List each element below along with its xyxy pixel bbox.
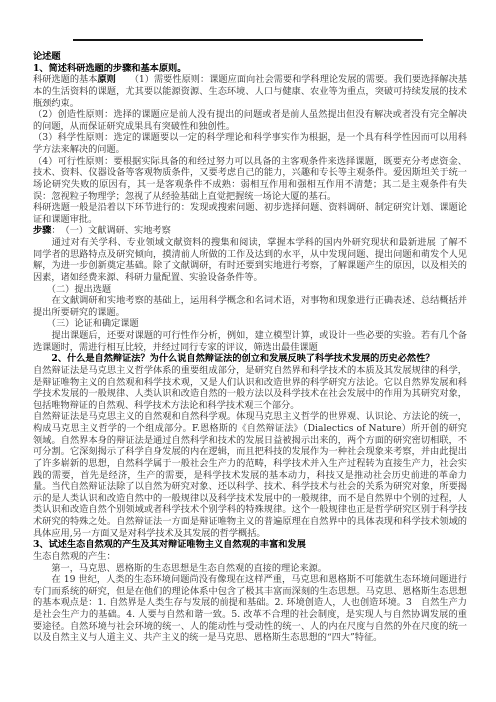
paragraph: 通过对有关学科、专业领域文献资料的搜集和阅读，掌握本学科的国内外研究现状和最新进… bbox=[33, 237, 467, 284]
text-run: 3、试述生态自然观的产生及其对辩证唯物主义自然观的丰富和发展 bbox=[33, 539, 306, 550]
text-run: 生态自然观的产生： bbox=[33, 551, 116, 562]
paragraph: （二）提出选题 bbox=[33, 284, 467, 296]
text-run: ： （一）文献调研、实地考察 bbox=[51, 225, 170, 236]
text-run: 步骤 bbox=[33, 225, 51, 236]
paragraph: 自然辩证法是马克思主义哲学体系的重要组成部分，是研究自然界和科学技术的本质及其发… bbox=[33, 365, 467, 412]
paragraph: （3）科学性原则：选定的课题要以一定的科学理论和科学事实作为根据，是一个具有科学… bbox=[33, 132, 467, 155]
paragraph: 自然辩证法是马克思主义的自然观和自然科学观。体现马克思主义哲学的世界观、认识论、… bbox=[33, 411, 467, 539]
text-run: 原则 bbox=[97, 74, 115, 85]
text-run: 通过对有关学科、专业领域文献资料的搜集和阅读，掌握本学科的国内外研究现状和最新进… bbox=[33, 237, 467, 283]
text-run: 第一，马克思、恩格斯的生态思想是生态自然观的直接的理论来源。 bbox=[33, 563, 327, 574]
paragraph: 科研选题一般是沿着以下环节进行的：发现或搜索问题、初步选择问题、资料调研、制定研… bbox=[33, 202, 467, 225]
paragraph: 科研选题的基本原则 （1）需要性原则：课题应面向社会需要和学科理论发展的需要。我… bbox=[33, 74, 467, 109]
text-run: （4）可行性原则：要根据实际具备的和经过努力可以具备的主客观条件来选择课题，既要… bbox=[33, 156, 467, 202]
text-run: （三）论证和确定课题 bbox=[33, 318, 139, 329]
paragraph: 提出课题后，还要对课题的可行性作分析，例如，建立模型计算，或设计一些必要的实验。… bbox=[33, 330, 467, 353]
paragraph: 第一，马克思、恩格斯的生态思想是生态自然观的直接的理论来源。 bbox=[33, 563, 467, 575]
document-title: 论述题 bbox=[33, 51, 467, 63]
text-run: 自然辩证法是马克思主义哲学体系的重要组成部分，是研究自然界和科学技术的本质及其发… bbox=[33, 365, 467, 411]
text-run: 科研选题的基本 bbox=[33, 74, 97, 85]
text-run: 2、什么是自然辩证法？为什么说自然辩证法的创立和发展反映了科学技术发展的历史必然… bbox=[33, 353, 434, 364]
text-run: （二）提出选题 bbox=[33, 284, 111, 295]
text-run: （2）创造性原则：选择的课题应是前人没有提出的问题或者是前人虽然提出但没有解决或… bbox=[33, 109, 467, 132]
question-1-heading: 1、简述科研选题的步骤和基本原则。 bbox=[33, 63, 467, 75]
paragraph: 生态自然观的产生： bbox=[33, 551, 467, 563]
document-page: 论述题1、简述科研选题的步骤和基本原则。科研选题的基本原则 （1）需要性原则：课… bbox=[0, 0, 496, 702]
paragraph: 在文献调研和实地考察的基础上，运用科学概念和名词术语，对事物和现象进行正确表述、… bbox=[33, 295, 467, 318]
text-run: 科研选题一般是沿着以下环节进行的：发现或搜索问题、初步选择问题、资料调研、制定研… bbox=[33, 202, 467, 225]
question-2-heading: 2、什么是自然辩证法？为什么说自然辩证法的创立和发展反映了科学技术发展的历史必然… bbox=[33, 353, 467, 365]
text-run: 论述题 bbox=[33, 51, 61, 62]
text-run: 自然辩证法是马克思主义的自然观和自然科学观。体现马克思主义哲学的世界观、认识论、… bbox=[33, 411, 467, 538]
paragraph: （2）创造性原则：选择的课题应是前人没有提出的问题或者是前人虽然提出但没有解决或… bbox=[33, 109, 467, 132]
document-body: 论述题1、简述科研选题的步骤和基本原则。科研选题的基本原则 （1）需要性原则：课… bbox=[33, 51, 467, 644]
header-divider-rule bbox=[73, 39, 423, 41]
text-run: 1、简述科研选题的步骤和基本原则。 bbox=[33, 63, 186, 74]
paragraph: （三）论证和确定课题 bbox=[33, 318, 467, 330]
text-run: 在 19 世纪，人类的生态环境问题尚没有像现在这样严重，马克思和恩格斯不可能就生… bbox=[33, 574, 467, 643]
text-run: （3）科学性原则：选定的课题要以一定的科学理论和科学事实作为根据，是一个具有科学… bbox=[33, 132, 467, 155]
paragraph: （4）可行性原则：要根据实际具备的和经过努力可以具备的主客观条件来选择课题，既要… bbox=[33, 156, 467, 203]
text-run: 提出课题后，还要对课题的可行性作分析，例如，建立模型计算，或设计一些必要的实验。… bbox=[33, 330, 467, 353]
paragraph: 步骤： （一）文献调研、实地考察 bbox=[33, 225, 467, 237]
text-run: 在文献调研和实地考察的基础上，运用科学概念和名词术语，对事物和现象进行正确表述、… bbox=[33, 295, 467, 318]
question-3-heading: 3、试述生态自然观的产生及其对辩证唯物主义自然观的丰富和发展 bbox=[33, 539, 467, 551]
paragraph: 在 19 世纪，人类的生态环境问题尚没有像现在这样严重，马克思和恩格斯不可能就生… bbox=[33, 574, 467, 644]
